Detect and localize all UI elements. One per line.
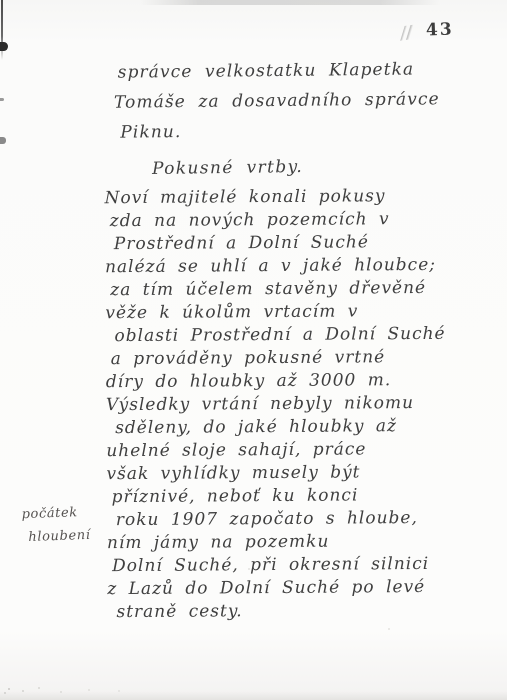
paper-speckles [8, 688, 10, 690]
manuscript-line: oblasti Prostřední a Dolní Suché [114, 323, 445, 348]
manuscript-line: díry do hloubky až 3000 m. [106, 369, 446, 394]
section-heading: Pokusné vrtby. [152, 157, 303, 179]
manuscript-line: Výsledky vrtání nebyly nikomu [106, 392, 446, 417]
manuscript-line: z Lazů do Dolní Suché po levé [107, 576, 447, 601]
manuscript-line: Piknu. [120, 114, 440, 147]
manuscript-line: příznivé, neboť ku konci [112, 484, 447, 509]
manuscript-line: sděleny, do jaké hloubky až [115, 415, 446, 440]
scan-left-edge-line-artifact [1, 0, 3, 60]
manuscript-line: a prováděny pokusné vrtné [111, 346, 446, 371]
manuscript-line: Dolní Suché, při okresní silnici [112, 553, 447, 578]
main-paragraph: Noví majitelé konali pokusy zda na novýc… [104, 185, 447, 624]
margin-note-line: počátek [21, 501, 90, 526]
manuscript-line: za tím účelem stavěny dřevěné [110, 277, 445, 302]
paragraph-continuation: správce velkostatku Klapetka Tomáše za d… [114, 54, 441, 147]
scan-left-edge-mark [0, 98, 4, 101]
manuscript-line: roku 1907 započato s hloube, [116, 507, 447, 532]
page-number: 43 [426, 20, 454, 41]
manuscript-line: zda na nových pozemcích v [110, 208, 445, 233]
margin-note-line: hloubení [28, 524, 91, 549]
manuscript-line: správce velkostatku Klapetka [118, 54, 440, 87]
manuscript-line: uhelné sloje sahají, práce [106, 438, 446, 463]
scan-top-edge-artifact [140, 0, 440, 5]
manuscript-line: Prostřední a Dolní Suché [114, 231, 445, 256]
manuscript-line: Noví majitelé konali pokusy [104, 185, 444, 210]
scan-left-edge-ink-blob [0, 42, 8, 51]
scanned-manuscript-page: 43 správce velkostatku Klapetka Tomáše z… [0, 0, 507, 700]
margin-note: počátek hloubení [21, 501, 91, 549]
ink-smudge [393, 25, 417, 42]
manuscript-line: nalézá se uhlí a v jaké hloubce; [105, 254, 445, 279]
scan-bottom-edge-artifact [0, 691, 507, 700]
manuscript-line: ním jámy na pozemku [107, 530, 447, 555]
manuscript-line: Tomáše za dosavadního správce [114, 84, 440, 117]
manuscript-line: straně cesty. [116, 599, 447, 624]
manuscript-line: věže k úkolům vrtacím v [105, 300, 445, 325]
scan-left-edge-mark [0, 137, 6, 144]
manuscript-line: však vyhlídky musely být [106, 461, 446, 486]
